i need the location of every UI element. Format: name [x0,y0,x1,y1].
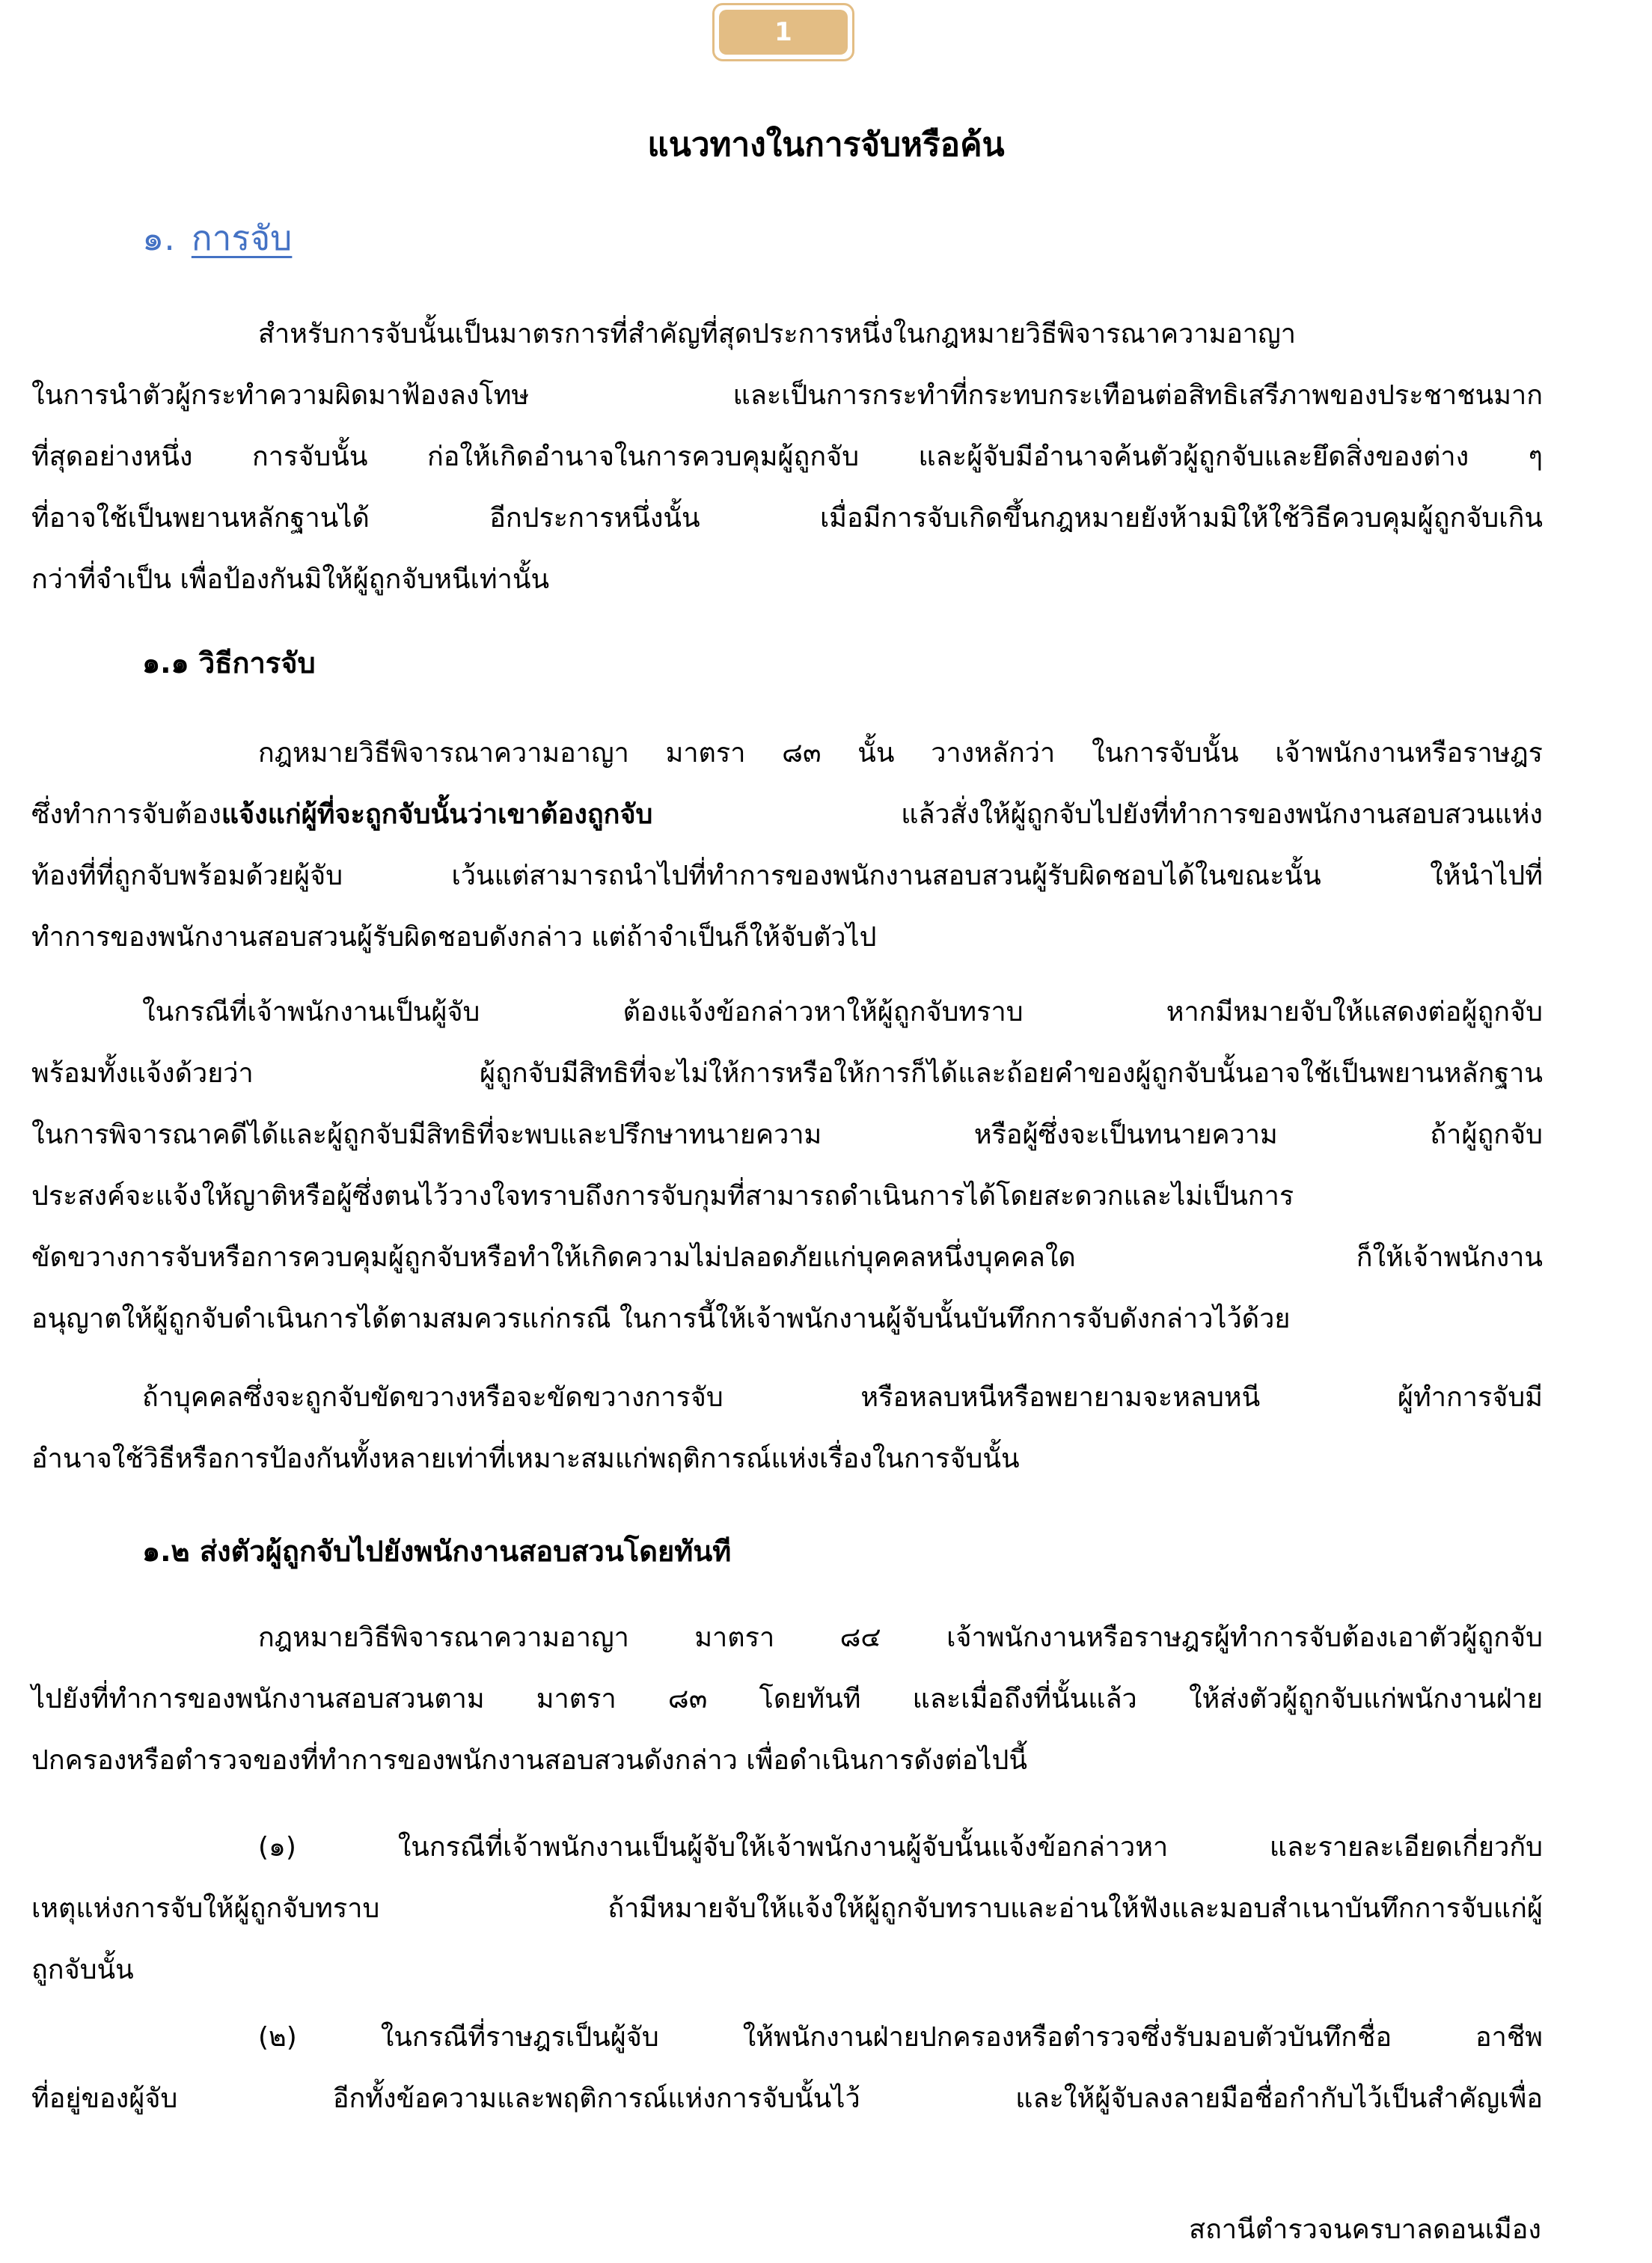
text-line: สำหรับการจับนั้นเป็นมาตรการที่สำคัญที่สุ… [31,304,1543,365]
text-line: ในการพิจารณาคดีได้และผู้ถูกจับมีสิทธิที่… [31,1105,1543,1166]
subheading-1-2: ๑.๒ ส่งตัวผู้ถูกจับไปยังพนักงานสอบสวนโดย… [142,1528,731,1574]
section-1-label[interactable]: การจับ [192,218,293,258]
bold-emphasis: แจ้งแก่ผู้ที่จะถูกจับนั้นว่าเขาต้องถูกจั… [221,799,653,830]
section-1-2-paragraph-1: กฎหมายวิธีพิจารณาความอาญา มาตรา ๘๔ เจ้าพ… [31,1607,1543,1792]
text-line: อนุญาตให้ผู้ถูกจับดำเนินการได้ตามสมควรแก… [31,1289,1543,1350]
section-1-1-paragraph-2: ในกรณีที่เจ้าพนักงานเป็นผู้จับ ต้องแจ้งข… [31,982,1543,1350]
text-segment: แล้วสั่งให้ผู้ถูกจับไปยังที่ทำการของพนัก… [652,799,1543,830]
text-line: เหตุแห่งการจับให้ผู้ถูกจับทราบ ถ้ามีหมาย… [31,1878,1543,1940]
text-line: กฎหมายวิธีพิจารณาความอาญา มาตรา ๘๔ เจ้าพ… [31,1607,1543,1669]
section-1-1-paragraph-1: กฎหมายวิธีพิจารณาความอาญา มาตรา ๘๓ นั้น … [31,723,1543,968]
subheading-1-1: ๑.๑ วิธีการจับ [142,640,316,685]
text-line: ท้องที่ที่ถูกจับพร้อมด้วยผู้จับ เว้นแต่ส… [31,846,1543,907]
section-1-2-item-2: (๒) ในกรณีที่ราษฎรเป็นผู้จับ ให้พนักงานฝ… [31,2007,1543,2130]
text-line: (๑) ในกรณีที่เจ้าพนักงานเป็นผู้จับให้เจ้… [31,1817,1543,1878]
text-line: ถ้าบุคคลซึ่งจะถูกจับขัดขวางหรือจะขัดขวาง… [31,1367,1543,1429]
intro-paragraph: สำหรับการจับนั้นเป็นมาตรการที่สำคัญที่สุ… [31,304,1543,611]
text-line: ทำการของพนักงานสอบสวนผู้รับผิดชอบดังกล่า… [31,907,1543,968]
text-line: ขัดขวางการจับหรือการควบคุมผู้ถูกจับหรือท… [31,1227,1543,1289]
text-segment: ซึ่งทำการจับต้อง [31,799,221,830]
footer-station-name: สถานีตำรวจนครบาลดอนเมือง [1189,2208,1541,2250]
section-1-number: ๑. [142,218,175,258]
page-number: 1 [719,10,848,55]
text-line: ไปยังที่ทำการของพนักงานสอบสวนตาม มาตรา ๘… [31,1669,1543,1730]
text-line: พร้อมทั้งแจ้งด้วยว่า ผู้ถูกจับมีสิทธิที่… [31,1043,1543,1105]
text-line: ถูกจับนั้น [31,1940,1543,2001]
text-line: (๒) ในกรณีที่ราษฎรเป็นผู้จับ ให้พนักงานฝ… [31,2007,1543,2068]
page-number-badge: 1 [712,3,854,61]
text-line: ที่สุดอย่างหนึ่ง การจับนั้น ก่อให้เกิดอำ… [31,427,1543,488]
section-1-2-item-1: (๑) ในกรณีที่เจ้าพนักงานเป็นผู้จับให้เจ้… [31,1817,1543,2001]
text-line: ที่อาจใช้เป็นพยานหลักฐานได้ อีกประการหนึ… [31,488,1543,549]
text-line: กว่าที่จำเป็น เพื่อป้องกันมิให้ผู้ถูกจับ… [31,549,1543,611]
text-line-with-bold: ซึ่งทำการจับต้องแจ้งแก่ผู้ที่จะถูกจับนั้… [31,784,1543,846]
text-line: ในกรณีที่เจ้าพนักงานเป็นผู้จับ ต้องแจ้งข… [31,982,1543,1043]
text-line: ที่อยู่ของผู้จับ อีกทั้งข้อความและพฤติกา… [31,2068,1543,2130]
section-1-heading: ๑.การจับ [142,211,292,266]
text-line: อำนาจใช้วิธีหรือการป้องกันทั้งหลายเท่าที… [31,1429,1543,1490]
document-title: แนวทางในการจับหรือค้น [0,118,1652,171]
text-line: ในการนำตัวผู้กระทำความผิดมาฟ้องลงโทษ และ… [31,365,1543,427]
section-1-1-paragraph-3: ถ้าบุคคลซึ่งจะถูกจับขัดขวางหรือจะขัดขวาง… [31,1367,1543,1490]
text-line: ปกครองหรือตำรวจของที่ทำการของพนักงานสอบส… [31,1730,1543,1792]
text-line: กฎหมายวิธีพิจารณาความอาญา มาตรา ๘๓ นั้น … [31,723,1543,784]
text-line: ประสงค์จะแจ้งให้ญาติหรือผู้ซึ่งตนไว้วางใ… [31,1166,1543,1227]
